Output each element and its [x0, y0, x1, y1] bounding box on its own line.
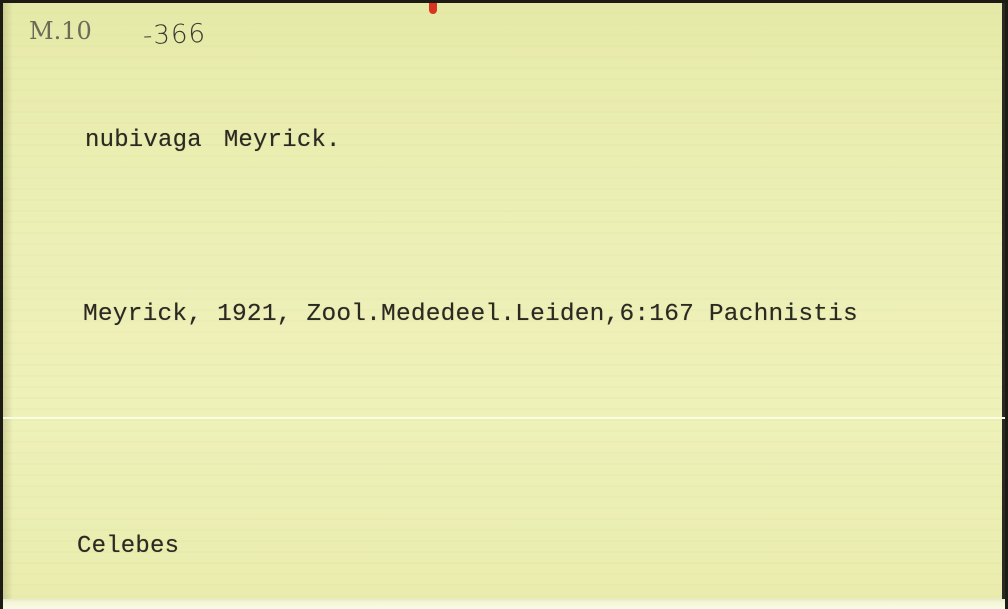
- species-name: nubivaga: [85, 127, 202, 154]
- card-edge-shadow: [3, 3, 13, 609]
- red-tab-marker: [429, 3, 437, 14]
- species-author: Meyrick.: [224, 127, 341, 154]
- card-border-right: [1002, 3, 1005, 609]
- catalog-number-stamp: M.10: [29, 17, 92, 45]
- locality: Celebes: [77, 533, 179, 560]
- species-line: nubivagaMeyrick.: [85, 127, 341, 154]
- card-crease-line: [3, 417, 1005, 419]
- bibliographic-reference: Meyrick, 1921, Zool.Mededeel.Leiden,6:16…: [83, 301, 858, 328]
- catalog-number-handwritten: -366: [142, 19, 206, 51]
- card-bottom-edge: [3, 599, 1005, 609]
- index-card: M.10 -366 nubivagaMeyrick. Meyrick, 1921…: [3, 3, 1005, 609]
